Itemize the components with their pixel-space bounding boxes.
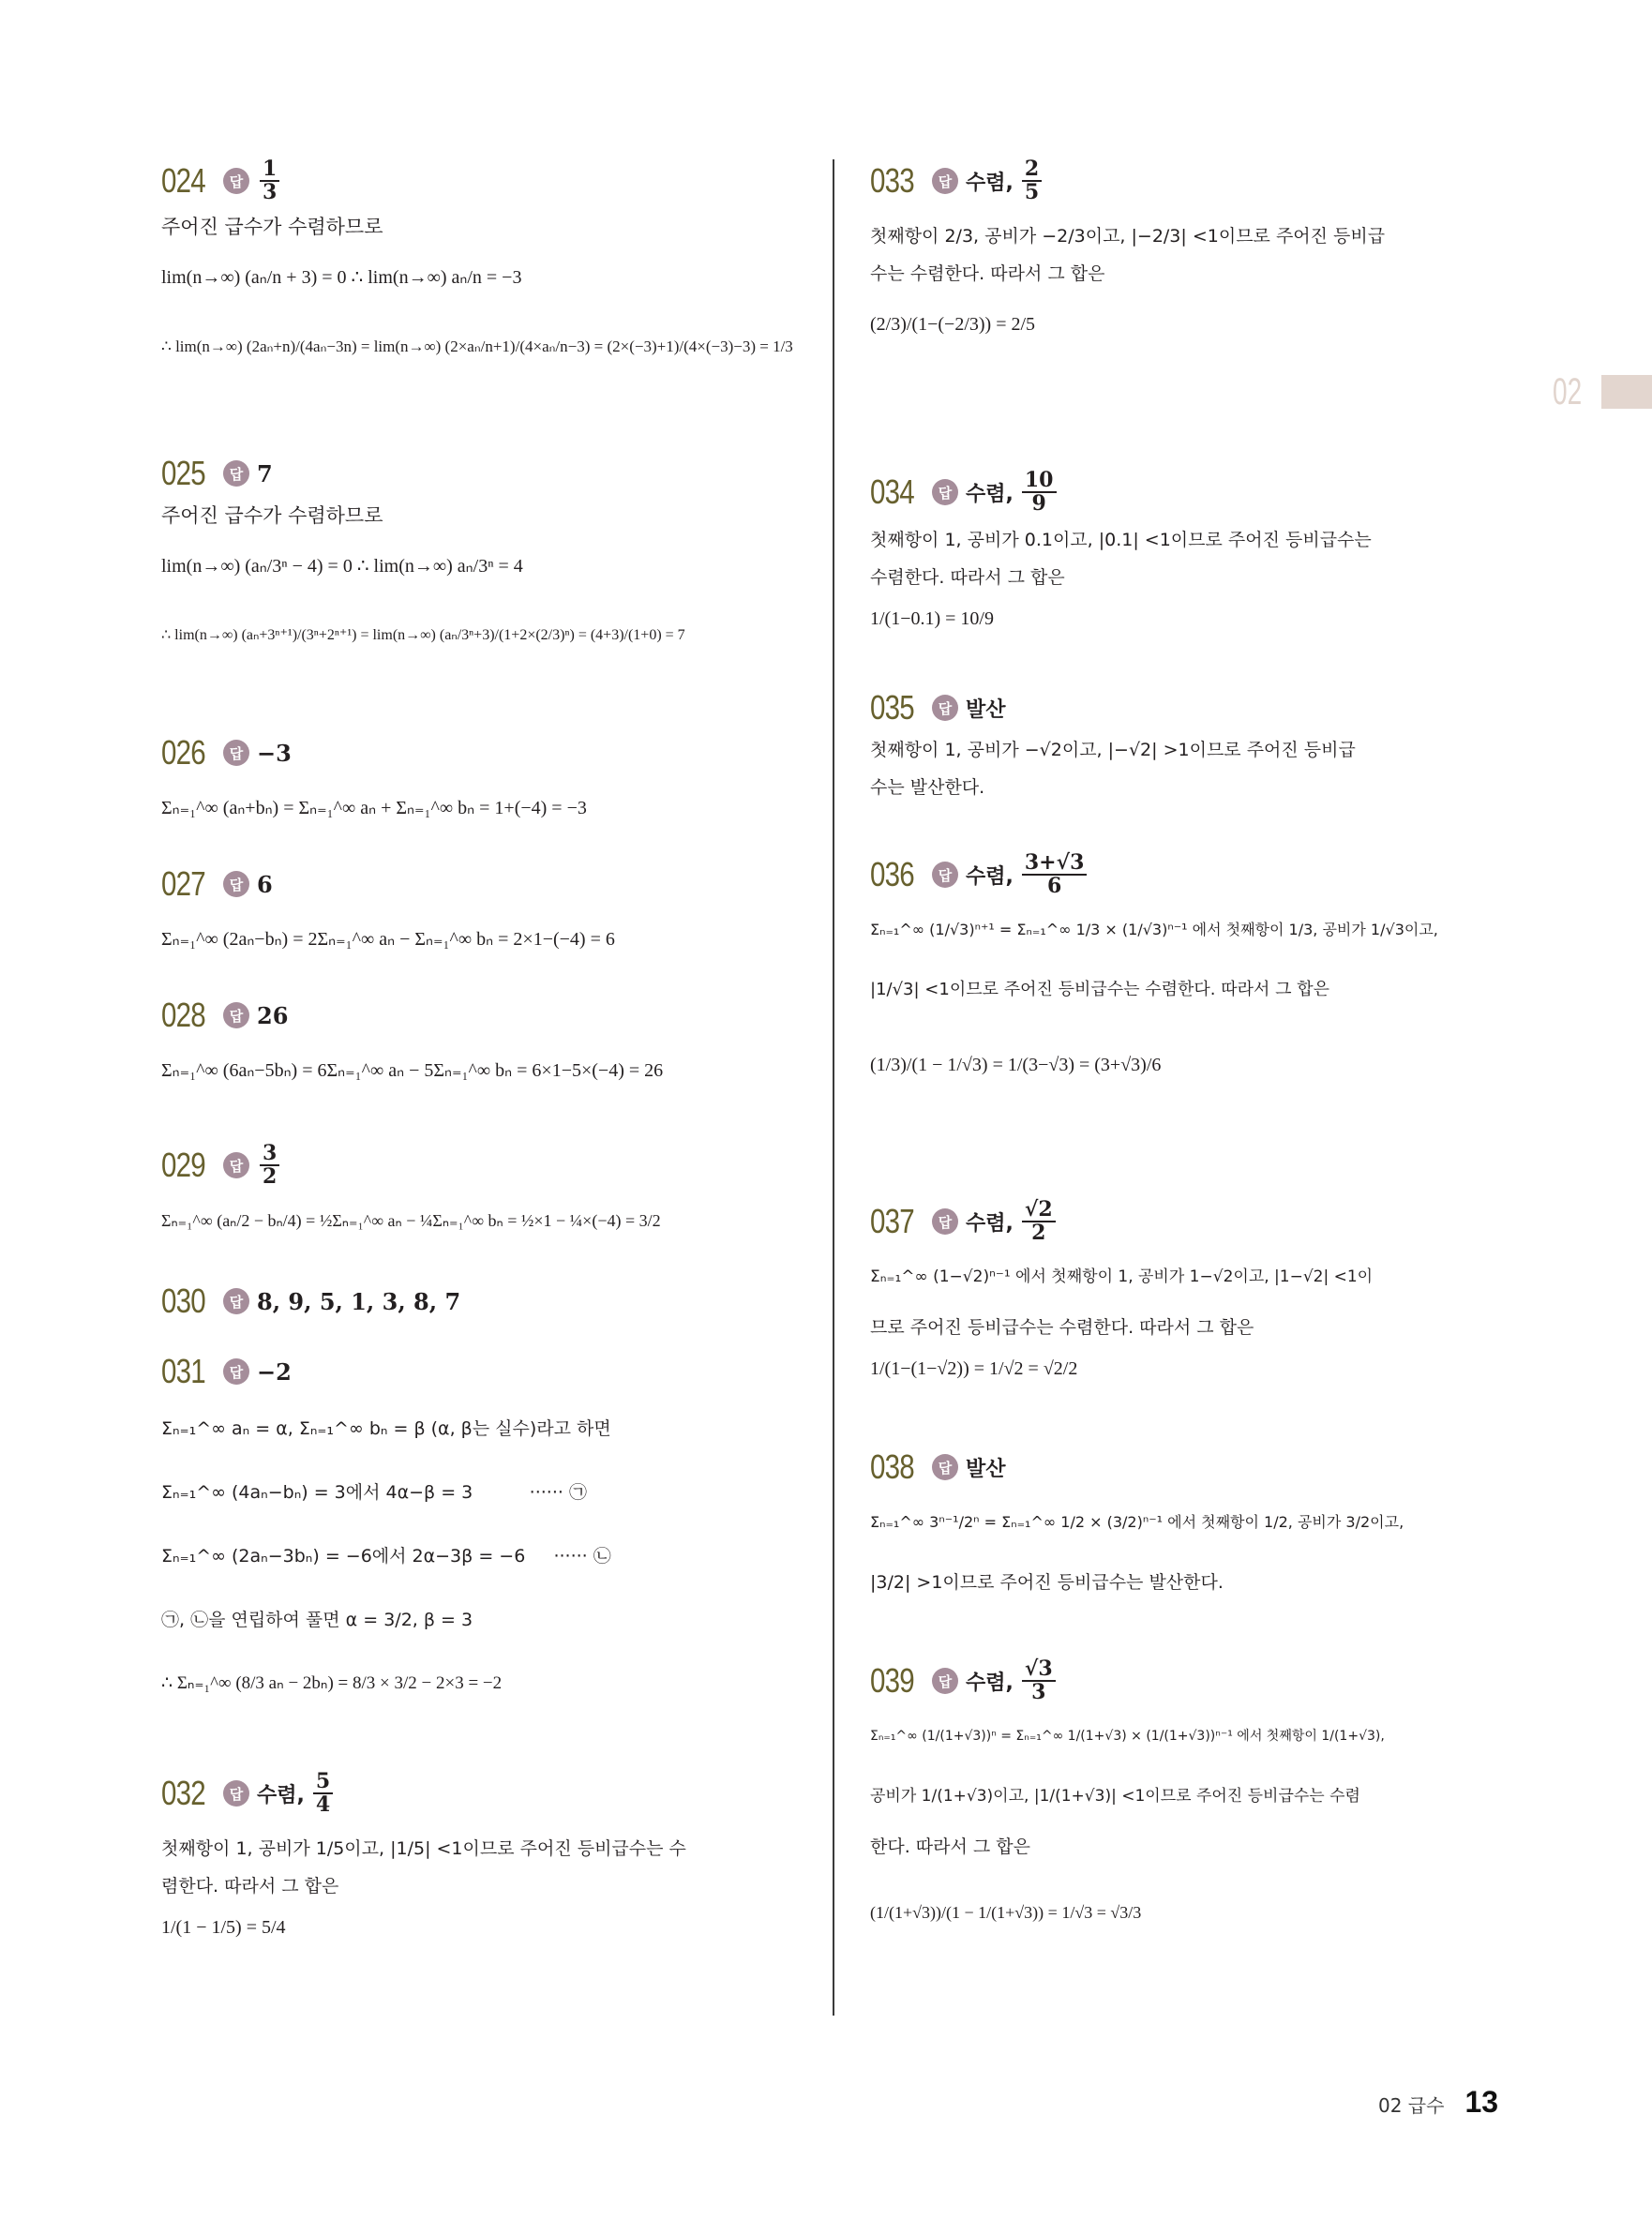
- solution-line: Σₙ₌₁^∞ (2aₙ−bₙ) = 2Σₙ₌₁^∞ aₙ − Σₙ₌₁^∞ bₙ…: [161, 911, 808, 967]
- problem-number: 028: [161, 996, 212, 1035]
- problem-030: 030 답 8, 9, 5, 1, 3, 8, 7: [161, 1278, 808, 1325]
- solution-line: Σₙ₌₁^∞ (aₙ+bₙ) = Σₙ₌₁^∞ aₙ + Σₙ₌₁^∞ bₙ =…: [161, 780, 808, 836]
- solution-line: (2/3)/(1−(−2/3)) = 2/5: [870, 296, 1526, 352]
- column-divider: [833, 159, 834, 2016]
- problem-number: 036: [870, 855, 921, 894]
- problem-029: 029 답 32 Σₙ₌₁^∞ (aₙ/2 − bₙ/4) = ½Σₙ₌₁^∞ …: [161, 1142, 808, 1252]
- solution-line: Σₙ₌₁^∞ (4aₙ−bₙ) = 3에서 4α−β = 3 ······ ㉠: [161, 1462, 808, 1522]
- problem-number: 029: [161, 1146, 212, 1185]
- problem-031: 031 답 −2 Σₙ₌₁^∞ aₙ = α, Σₙ₌₁^∞ bₙ = β (α…: [161, 1348, 808, 1717]
- solution-line: 수는 수렴한다. 따라서 그 합은: [870, 255, 1526, 292]
- problem-035: 035 답 발산 첫째항이 1, 공비가 −√2이고, |−√2| >1이므로 …: [870, 684, 1526, 806]
- answer: 발산: [966, 1453, 1012, 1482]
- solution-line: 수는 발산한다.: [870, 769, 1526, 806]
- answer-badge-icon: 답: [932, 1454, 958, 1480]
- answer-badge-icon: 답: [223, 460, 249, 487]
- solution-line: 공비가 1/(1+√3)이고, |1/(1+√3)| <1이므로 주어진 등비급…: [870, 1768, 1526, 1824]
- chapter-tab-bar: [1601, 375, 1652, 409]
- chapter-tab-label: 02: [1553, 373, 1582, 411]
- problem-027: 027 답 6 Σₙ₌₁^∞ (2aₙ−bₙ) = 2Σₙ₌₁^∞ aₙ − Σ…: [161, 861, 808, 971]
- answer-badge-icon: 답: [932, 695, 958, 721]
- answer: 8, 9, 5, 1, 3, 8, 7: [257, 1288, 460, 1315]
- solution-line: |1/√3| <1이므로 주어진 등비급수는 수렴한다. 따라서 그 합은: [870, 962, 1526, 1018]
- solution-line: 첫째항이 1, 공비가 0.1이고, |0.1| <1이므로 주어진 등비급수는: [870, 521, 1526, 559]
- answer-badge-icon: 답: [223, 1002, 249, 1028]
- solution-line: 첫째항이 1, 공비가 1/5이고, |1/5| <1이므로 주어진 등비급수는…: [161, 1830, 808, 1867]
- chapter-side-tab: 02: [1553, 373, 1652, 411]
- problem-number: 030: [161, 1282, 212, 1321]
- problem-028: 028 답 26 Σₙ₌₁^∞ (6aₙ−5bₙ) = 6Σₙ₌₁^∞ aₙ −…: [161, 992, 808, 1102]
- problem-number: 026: [161, 733, 212, 772]
- answer-badge-icon: 답: [223, 168, 249, 194]
- solution-line: ∴ lim(n→∞) (aₙ+3ⁿ⁺¹)/(3ⁿ+2ⁿ⁺¹) = lim(n→∞…: [161, 607, 808, 664]
- solution-line: ㉠, ㉡을 연립하여 풀면 α = 3/2, β = 3: [161, 1590, 808, 1650]
- problem-032: 032 답 수렴, 54 첫째항이 1, 공비가 1/5이고, |1/5| <1…: [161, 1770, 808, 1950]
- problem-039: 039 답 수렴, √33 Σₙ₌₁^∞ (1/(1+√3))ⁿ = Σₙ₌₁^…: [870, 1657, 1526, 1944]
- solution-line: lim(n→∞) (aₙ/3ⁿ − 4) = 0 ∴ lim(n→∞) aₙ/3…: [161, 538, 808, 594]
- solution-line: Σₙ₌₁^∞ 3ⁿ⁻¹/2ⁿ = Σₙ₌₁^∞ 1/2 × (3/2)ⁿ⁻¹ 에…: [870, 1494, 1526, 1551]
- problem-number: 038: [870, 1447, 921, 1487]
- solution-line: Σₙ₌₁^∞ (1/(1+√3))ⁿ = Σₙ₌₁^∞ 1/(1+√3) × (…: [870, 1708, 1526, 1764]
- page-number: 13: [1464, 2085, 1498, 2120]
- problem-026: 026 답 −3 Σₙ₌₁^∞ (aₙ+bₙ) = Σₙ₌₁^∞ aₙ + Σₙ…: [161, 729, 808, 840]
- solution-line: 첫째항이 2/3, 공비가 −2/3이고, |−2/3| <1이므로 주어진 등…: [870, 217, 1526, 255]
- problem-038: 038 답 발산 Σₙ₌₁^∞ 3ⁿ⁻¹/2ⁿ = Σₙ₌₁^∞ 1/2 × (…: [870, 1444, 1526, 1614]
- problem-number: 024: [161, 161, 212, 201]
- answer-badge-icon: 답: [932, 862, 958, 888]
- solution-line: |3/2| >1이므로 주어진 등비급수는 발산한다.: [870, 1554, 1526, 1611]
- solution-line: 첫째항이 1, 공비가 −√2이고, |−√2| >1이므로 주어진 등비급: [870, 731, 1526, 769]
- answer: 수렴, √33: [966, 1658, 1059, 1703]
- answer-badge-icon: 답: [223, 1152, 249, 1178]
- answer: 13: [257, 158, 282, 203]
- problem-025: 025 답 7 주어진 급수가 수렴하므로 lim(n→∞) (aₙ/3ⁿ − …: [161, 450, 808, 667]
- solution-line: Σₙ₌₁^∞ (2aₙ−3bₙ) = −6에서 2α−3β = −6 ·····…: [161, 1526, 808, 1586]
- answer-badge-icon: 답: [932, 168, 958, 194]
- answer: 수렴, 3+√36: [966, 852, 1089, 897]
- solution-line: Σₙ₌₁^∞ (aₙ/2 − bₙ/4) = ½Σₙ₌₁^∞ aₙ − ¼Σₙ₌…: [161, 1192, 808, 1249]
- problem-number: 027: [161, 864, 212, 904]
- solution-line: Σₙ₌₁^∞ aₙ = α, Σₙ₌₁^∞ bₙ = β (α, β는 실수)라…: [161, 1399, 808, 1459]
- answer: 6: [257, 871, 273, 898]
- problem-number: 037: [870, 1202, 921, 1241]
- problem-036: 036 답 수렴, 3+√36 Σₙ₌₁^∞ (1/√3)ⁿ⁺¹ = Σₙ₌₁^…: [870, 851, 1526, 1097]
- answer-badge-icon: 답: [223, 1358, 249, 1385]
- answer: 발산: [966, 694, 1012, 723]
- answer: 26: [257, 1002, 288, 1029]
- answer: 수렴, 54: [257, 1771, 336, 1816]
- problem-number: 033: [870, 161, 921, 201]
- answer: 32: [257, 1143, 282, 1188]
- answer-badge-icon: 답: [932, 1668, 958, 1694]
- solution-line: 한다. 따라서 그 합은: [870, 1828, 1526, 1866]
- solution-line: lim(n→∞) (aₙ/n + 3) = 0 ∴ lim(n→∞) aₙ/n …: [161, 249, 808, 306]
- solution-line: 므로 주어진 등비급수는 수렴한다. 따라서 그 합은: [870, 1309, 1526, 1346]
- solution-line: 렴한다. 따라서 그 합은: [161, 1867, 808, 1905]
- problem-033: 033 답 수렴, 25 첫째항이 2/3, 공비가 −2/3이고, |−2/3…: [870, 157, 1526, 356]
- solution-line: ∴ Σₙ₌₁^∞ (8/3 aₙ − 2bₙ) = 8/3 × 3/2 − 2×…: [161, 1654, 808, 1714]
- answer-badge-icon: 답: [223, 1780, 249, 1807]
- problem-number: 025: [161, 454, 212, 493]
- answer-badge-icon: 답: [223, 740, 249, 766]
- problem-number: 032: [161, 1774, 212, 1813]
- answer: −3: [257, 740, 292, 767]
- solution-line: 1/(1 − 1/5) = 5/4: [161, 1909, 808, 1946]
- problem-037: 037 답 수렴, √22 Σₙ₌₁^∞ (1−√2)ⁿ⁻¹ 에서 첫째항이 1…: [870, 1198, 1526, 1391]
- solution-line: 주어진 급수가 수렴하므로: [161, 208, 808, 246]
- answer: 7: [257, 460, 273, 487]
- problem-034: 034 답 수렴, 109 첫째항이 1, 공비가 0.1이고, |0.1| <…: [870, 469, 1526, 641]
- solution-line: 주어진 급수가 수렴하므로: [161, 497, 808, 534]
- solution-line: 1/(1−0.1) = 10/9: [870, 600, 1526, 637]
- answer: 수렴, 25: [966, 158, 1044, 203]
- answer: 수렴, √22: [966, 1199, 1059, 1244]
- problem-number: 034: [870, 472, 921, 512]
- solution-line: (1/(1+√3))/(1 − 1/(1+√3)) = 1/√3 = √3/3: [870, 1884, 1526, 1941]
- problem-024: 024 답 13 주어진 급수가 수렴하므로 lim(n→∞) (aₙ/n + …: [161, 157, 808, 379]
- problem-number: 031: [161, 1352, 212, 1391]
- solution-line: (1/3)/(1 − 1/√3) = 1/(3−√3) = (3+√3)/6: [870, 1037, 1526, 1093]
- solution-line: ∴ lim(n→∞) (2aₙ+n)/(4aₙ−3n) = lim(n→∞) (…: [161, 319, 808, 375]
- page-footer: 02 급수 13: [1378, 2085, 1498, 2120]
- answer: 수렴, 109: [966, 470, 1059, 515]
- answer-badge-icon: 답: [932, 479, 958, 505]
- answer-badge-icon: 답: [223, 1288, 249, 1314]
- problem-number: 039: [870, 1661, 921, 1701]
- answer-badge-icon: 답: [223, 871, 249, 897]
- answer: −2: [257, 1358, 292, 1386]
- solution-line: Σₙ₌₁^∞ (6aₙ−5bₙ) = 6Σₙ₌₁^∞ aₙ − 5Σₙ₌₁^∞ …: [161, 1042, 808, 1099]
- solution-line: Σₙ₌₁^∞ (1/√3)ⁿ⁺¹ = Σₙ₌₁^∞ 1/3 × (1/√3)ⁿ⁻…: [870, 902, 1526, 958]
- chapter-title: 02 급수: [1378, 2091, 1444, 2118]
- solution-line: 수렴한다. 따라서 그 합은: [870, 559, 1526, 596]
- problem-number: 035: [870, 688, 921, 727]
- solution-line: 1/(1−(1−√2)) = 1/√2 = √2/2: [870, 1350, 1526, 1387]
- answer-badge-icon: 답: [932, 1208, 958, 1235]
- solution-line: Σₙ₌₁^∞ (1−√2)ⁿ⁻¹ 에서 첫째항이 1, 공비가 1−√2이고, …: [870, 1249, 1526, 1305]
